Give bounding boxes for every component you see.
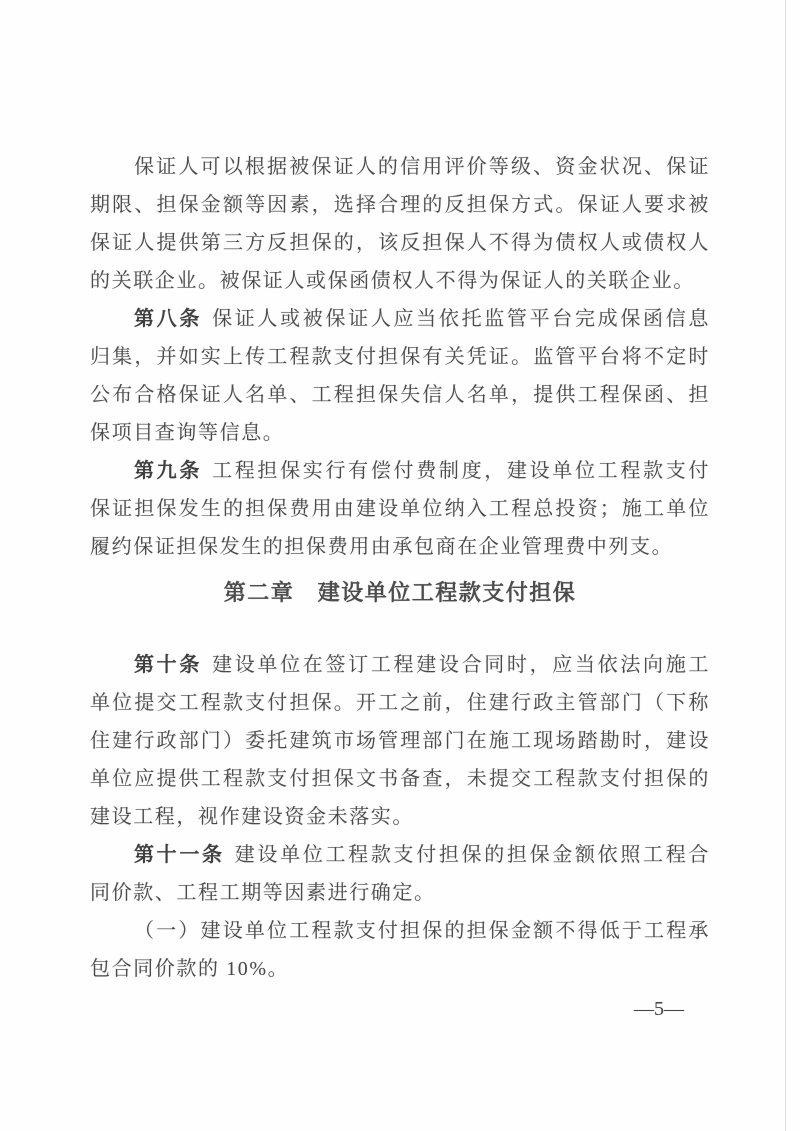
text-line: 保证担保发生的担保费用由建设单位纳入工程总投资；施工单位 bbox=[90, 490, 710, 528]
text-line: 第十条建设单位在签订工程建设合同时，应当依法向施工 bbox=[90, 646, 710, 684]
text-line: 住建行政部门）委托建筑市场管理部门在施工现场踏勘时，建设 bbox=[90, 722, 710, 760]
article-number: 第十一条 bbox=[134, 844, 225, 866]
paragraph-article-10: 第十条建设单位在签订工程建设合同时，应当依法向施工 单位提交工程款支付担保。开工… bbox=[90, 646, 710, 836]
text-line: （一）建设单位工程款支付担保的担保金额不得低于工程承 bbox=[90, 912, 710, 950]
paragraph-counter-guarantee: 保证人可以根据被保证人的信用评价等级、资金状况、保证 期限、担保金额等因素，选择… bbox=[90, 148, 710, 300]
text-line: 第十一条建设单位工程款支付担保的担保金额依照工程合 bbox=[90, 836, 710, 874]
text-line: 公布合格保证人名单、工程担保失信人名单，提供工程保函、担 bbox=[90, 376, 710, 414]
article-number: 第十条 bbox=[134, 654, 202, 676]
text-line: 同价款、工程工期等因素进行确定。 bbox=[90, 874, 710, 912]
text-line: 期限、担保金额等因素，选择合理的反担保方式。保证人要求被 bbox=[90, 186, 710, 224]
text-line: 保证人提供第三方反担保的，该反担保人不得为债权人或债权人 bbox=[90, 224, 710, 262]
text-line: 履约保证担保发生的担保费用由承包商在企业管理费中列支。 bbox=[90, 528, 710, 566]
text-line: 保证人可以根据被保证人的信用评价等级、资金状况、保证 bbox=[90, 148, 710, 186]
text-line: 第八条保证人或被保证人应当依托监管平台完成保函信息 bbox=[90, 300, 710, 338]
document-content: 保证人可以根据被保证人的信用评价等级、资金状况、保证 期限、担保金额等因素，选择… bbox=[90, 148, 710, 988]
text-line: 单位提交工程款支付担保。开工之前，住建行政主管部门（下称 bbox=[90, 684, 710, 722]
text-line: 保项目查询等信息。 bbox=[90, 414, 710, 452]
document-page: 保证人可以根据被保证人的信用评价等级、资金状况、保证 期限、担保金额等因素，选择… bbox=[0, 0, 800, 1131]
text-line: 的关联企业。被保证人或保函债权人不得为保证人的关联企业。 bbox=[90, 262, 710, 300]
paragraph-article-11: 第十一条建设单位工程款支付担保的担保金额依照工程合 同价款、工程工期等因素进行确… bbox=[90, 836, 710, 912]
text-line: 包合同价款的 10%。 bbox=[90, 950, 710, 988]
chapter-2-heading: 第二章 建设单位工程款支付担保 bbox=[90, 578, 710, 608]
page-number: —5— bbox=[634, 998, 684, 1021]
paragraph-article-8: 第八条保证人或被保证人应当依托监管平台完成保函信息 归集，并如实上传工程款支付担… bbox=[90, 300, 710, 452]
text-line: 建设工程，视作建设资金未落实。 bbox=[90, 798, 710, 836]
paragraph-item-1: （一）建设单位工程款支付担保的担保金额不得低于工程承 包合同价款的 10%。 bbox=[90, 912, 710, 988]
text-line: 单位应提供工程款支付担保文书备查，未提交工程款支付担保的 bbox=[90, 760, 710, 798]
paragraph-article-9: 第九条工程担保实行有偿付费制度，建设单位工程款支付 保证担保发生的担保费用由建设… bbox=[90, 452, 710, 566]
article-number: 第八条 bbox=[134, 308, 202, 330]
text-line: 归集，并如实上传工程款支付担保有关凭证。监管平台将不定时 bbox=[90, 338, 710, 376]
text-line: 第九条工程担保实行有偿付费制度，建设单位工程款支付 bbox=[90, 452, 710, 490]
scan-edge-line bbox=[785, 0, 786, 1131]
article-number: 第九条 bbox=[134, 460, 202, 482]
